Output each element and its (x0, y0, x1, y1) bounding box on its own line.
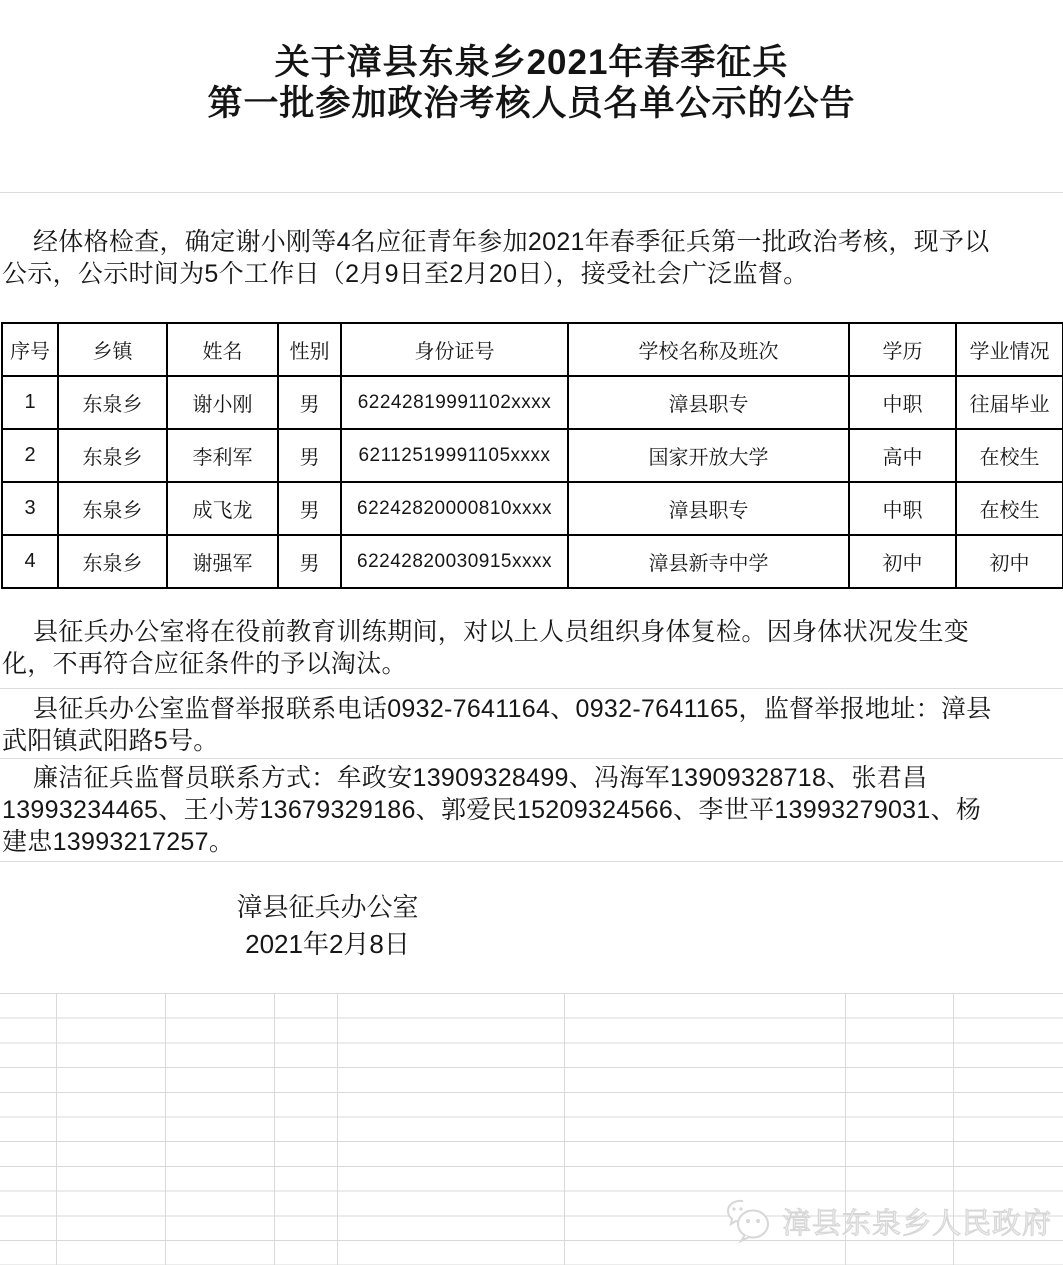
table-row: 3 东泉乡 成飞龙 男 62242820000810xxxx 漳县职专 中职 在… (2, 482, 1063, 535)
cell-name: 李利军 (167, 429, 278, 482)
grid-divider (0, 192, 1063, 193)
recheck-paragraph: 县征兵办公室将在役前教育训练期间，对以上人员组织身体复检。因身体状况发生变 化，… (2, 616, 1061, 680)
grid-column-line (56, 993, 57, 1265)
cell-gender: 男 (278, 429, 341, 482)
cell-id-number: 62242819991102xxxx (341, 376, 568, 429)
signature-office: 漳县征兵办公室 (0, 889, 655, 926)
signature-block: 漳县征兵办公室 2021年2月8日 (0, 889, 655, 963)
cell-education: 初中 (849, 535, 956, 588)
cell-gender: 男 (278, 482, 341, 535)
cell-township: 东泉乡 (58, 535, 167, 588)
cell-school: 漳县新寺中学 (568, 535, 849, 588)
document-title: 关于漳县东泉乡2021年春季征兵 第一批参加政治考核人员名单公示的公告 (0, 42, 1063, 124)
cell-school: 漳县职专 (568, 376, 849, 429)
cell-school: 漳县职专 (568, 482, 849, 535)
cell-id-number: 62112519991105xxxx (341, 429, 568, 482)
grid-column-line (274, 993, 275, 1265)
watermark-text: 漳县东泉乡人民政府 (782, 1201, 1052, 1242)
table-row: 1 东泉乡 谢小刚 男 62242819991102xxxx 漳县职专 中职 往… (2, 376, 1063, 429)
cell-township: 东泉乡 (58, 429, 167, 482)
header-study-status: 学业情况 (956, 323, 1063, 376)
government-watermark: 漳县东泉乡人民政府 (723, 1196, 1052, 1246)
wechat-icon (723, 1196, 775, 1246)
cell-education: 中职 (849, 376, 956, 429)
cell-name: 谢小刚 (167, 376, 278, 429)
header-seq: 序号 (2, 323, 58, 376)
roster-table: 序号 乡镇 姓名 性别 身份证号 学校名称及班次 学历 学业情况 1 东泉乡 谢… (1, 322, 1063, 589)
cell-study-status: 初中 (956, 535, 1063, 588)
document-title-line2: 第一批参加政治考核人员名单公示的公告 (0, 83, 1063, 124)
grid-column-line (564, 993, 565, 1265)
header-name: 姓名 (167, 323, 278, 376)
cell-township: 东泉乡 (58, 482, 167, 535)
cell-name: 谢强军 (167, 535, 278, 588)
cell-seq: 4 (2, 535, 58, 588)
document-title-line1: 关于漳县东泉乡2021年春季征兵 (0, 42, 1063, 83)
grid-column-line (165, 993, 166, 1265)
supervisors-contact-paragraph: 廉洁征兵监督员联系方式：牟政安13909328499、冯海军1390932871… (2, 762, 1061, 858)
header-gender: 性别 (278, 323, 341, 376)
cell-study-status: 在校生 (956, 482, 1063, 535)
grid-divider (0, 758, 1063, 759)
cell-study-status: 在校生 (956, 429, 1063, 482)
cell-education: 中职 (849, 482, 956, 535)
cell-seq: 2 (2, 429, 58, 482)
header-school: 学校名称及班次 (568, 323, 849, 376)
cell-education: 高中 (849, 429, 956, 482)
grid-divider (0, 861, 1063, 862)
cell-township: 东泉乡 (58, 376, 167, 429)
grid-column-line (337, 993, 338, 1265)
header-education: 学历 (849, 323, 956, 376)
table-row: 2 东泉乡 李利军 男 62112519991105xxxx 国家开放大学 高中… (2, 429, 1063, 482)
intro-paragraph: 经体格检查，确定谢小刚等4名应征青年参加2021年春季征兵第一批政治考核，现予以… (2, 226, 1061, 290)
header-township: 乡镇 (58, 323, 167, 376)
cell-study-status: 往届毕业 (956, 376, 1063, 429)
cell-seq: 1 (2, 376, 58, 429)
cell-school: 国家开放大学 (568, 429, 849, 482)
cell-name: 成飞龙 (167, 482, 278, 535)
cell-gender: 男 (278, 535, 341, 588)
grid-divider (0, 688, 1063, 689)
header-id-number: 身份证号 (341, 323, 568, 376)
table-header-row: 序号 乡镇 姓名 性别 身份证号 学校名称及班次 学历 学业情况 (2, 323, 1063, 376)
announcement-document: 关于漳县东泉乡2021年春季征兵 第一批参加政治考核人员名单公示的公告 经体格检… (0, 0, 1063, 1265)
table-row: 4 东泉乡 谢强军 男 62242820030915xxxx 漳县新寺中学 初中… (2, 535, 1063, 588)
cell-seq: 3 (2, 482, 58, 535)
cell-id-number: 62242820000810xxxx (341, 482, 568, 535)
report-contact-paragraph: 县征兵办公室监督举报联系电话0932-7641164、0932-7641165，… (2, 693, 1061, 757)
cell-gender: 男 (278, 376, 341, 429)
signature-date: 2021年2月8日 (0, 926, 655, 963)
cell-id-number: 62242820030915xxxx (341, 535, 568, 588)
